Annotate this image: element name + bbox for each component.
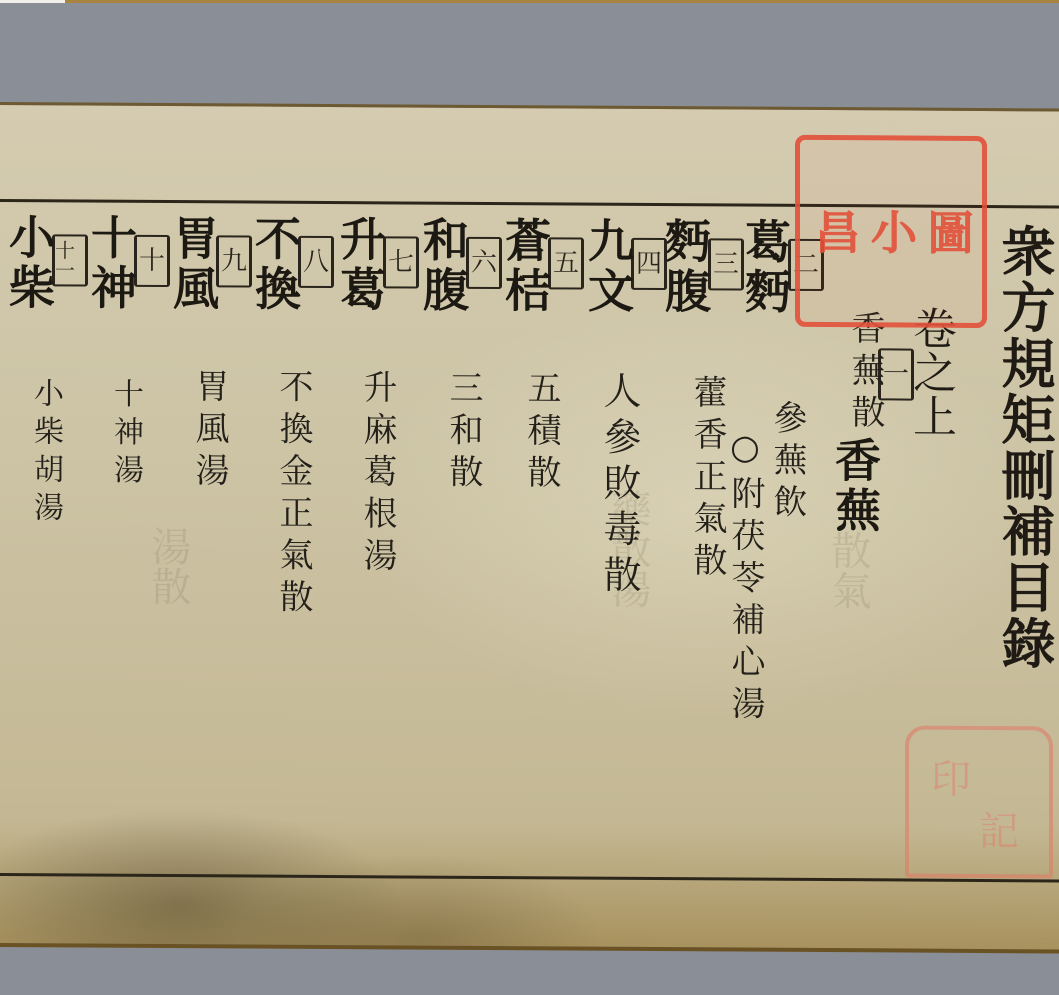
toc-entry-3-item: 藿香正氣散 [690, 374, 724, 584]
toc-entry-8: 八 不換 [252, 215, 334, 316]
top-edge-strip [65, 0, 1059, 3]
toc-entry-8-item: 不換金正氣散 [276, 369, 310, 621]
seal-char: 記 [979, 800, 1019, 857]
entry-heading: 胃風 [170, 214, 216, 314]
entry-heading: 香蕪 [832, 436, 878, 536]
top-edge-margin [0, 0, 65, 3]
toc-entry-7: 七 升葛 [337, 215, 419, 316]
entry-number-box: 七 [383, 236, 419, 288]
toc-entry-10: 十 十神 [88, 214, 170, 315]
toc-entry-5-item: 五積散 [524, 370, 558, 496]
toc-entry-6-item: 三和散 [446, 370, 480, 496]
entry-heading: 和腹 [420, 216, 466, 316]
entry-heading: 小柴 [6, 213, 52, 313]
entry-item: 十神湯 [110, 378, 140, 492]
toc-entry-9-item: 胃風湯 [192, 368, 226, 494]
entry-number-box: 九 [216, 235, 252, 287]
entry-number-box: 六 [466, 237, 502, 289]
book-title: 衆方規矩刪補目錄 [998, 223, 1052, 671]
seal-char: 圖 [921, 149, 974, 315]
faded-seal: 印 記 [905, 726, 1053, 879]
entry-heading: 蒼桔 [502, 216, 548, 316]
entry-item: 藿香正氣散 [690, 374, 724, 584]
entry-heading: 九文 [585, 217, 631, 317]
seal-char: 昌 [808, 148, 861, 314]
toc-entry-2-item-2: ○附茯苓補心湯 [728, 427, 762, 727]
entry-item: 香蕪散 [848, 310, 882, 436]
toc-entry-3: 三 麪腹 [662, 217, 744, 318]
entry-number-box: 三 [708, 238, 744, 290]
entry-item: 人參敗毒散 [600, 371, 638, 601]
entry-heading: 十神 [88, 214, 134, 314]
toc-entry-11: 十一 小柴 [6, 213, 88, 314]
bottom-border-rule [0, 873, 1059, 882]
entry-item: 參蕪飲 [770, 400, 804, 526]
red-collector-seal: 圖 小 昌 [795, 135, 987, 328]
entry-number-box: 十 [134, 235, 170, 287]
book-page: 藥散湯 散氣 湯散 衆方規矩刪補目錄 卷之上 一 香蕪 香蕪散 二 葛麪 參蕪飲… [0, 102, 1059, 953]
toc-entry-11-item: 小柴胡湯 [30, 377, 60, 529]
entry-item: 五積散 [524, 370, 558, 496]
entry-item: 胃風湯 [192, 368, 226, 494]
entry-heading: 不換 [252, 215, 298, 315]
entry-item: 升麻葛根湯 [360, 369, 394, 579]
toc-entry-7-item: 升麻葛根湯 [360, 369, 394, 579]
entry-number-box: 十一 [52, 234, 88, 286]
toc-entry-4: 四 九文 [585, 217, 667, 318]
toc-entry-9: 九 胃風 [170, 214, 252, 315]
entry-number-box: 八 [298, 236, 334, 288]
toc-entry-4-item: 人參敗毒散 [600, 371, 638, 601]
show-through-text: 散氣 [820, 530, 877, 610]
toc-entry-10-item: 十神湯 [110, 378, 140, 492]
entry-heading: 升葛 [337, 215, 383, 315]
show-through-text: 湯散 [140, 526, 197, 606]
entry-number-box: 四 [631, 238, 667, 290]
entry-item: ○附茯苓補心湯 [728, 427, 762, 727]
entry-item: 小柴胡湯 [30, 377, 60, 529]
entry-item: 三和散 [446, 370, 480, 496]
seal-char: 小 [865, 148, 918, 314]
entry-heading: 葛麪 [742, 218, 788, 318]
entry-item: 不換金正氣散 [276, 369, 310, 621]
entry-heading: 麪腹 [662, 217, 708, 317]
toc-entry-6: 六 和腹 [420, 216, 502, 317]
toc-entry-2-item-1: 參蕪飲 [770, 400, 804, 526]
toc-entry-5: 五 蒼桔 [502, 216, 584, 317]
entry-number-box: 五 [548, 237, 584, 289]
seal-char: 印 [931, 748, 971, 805]
